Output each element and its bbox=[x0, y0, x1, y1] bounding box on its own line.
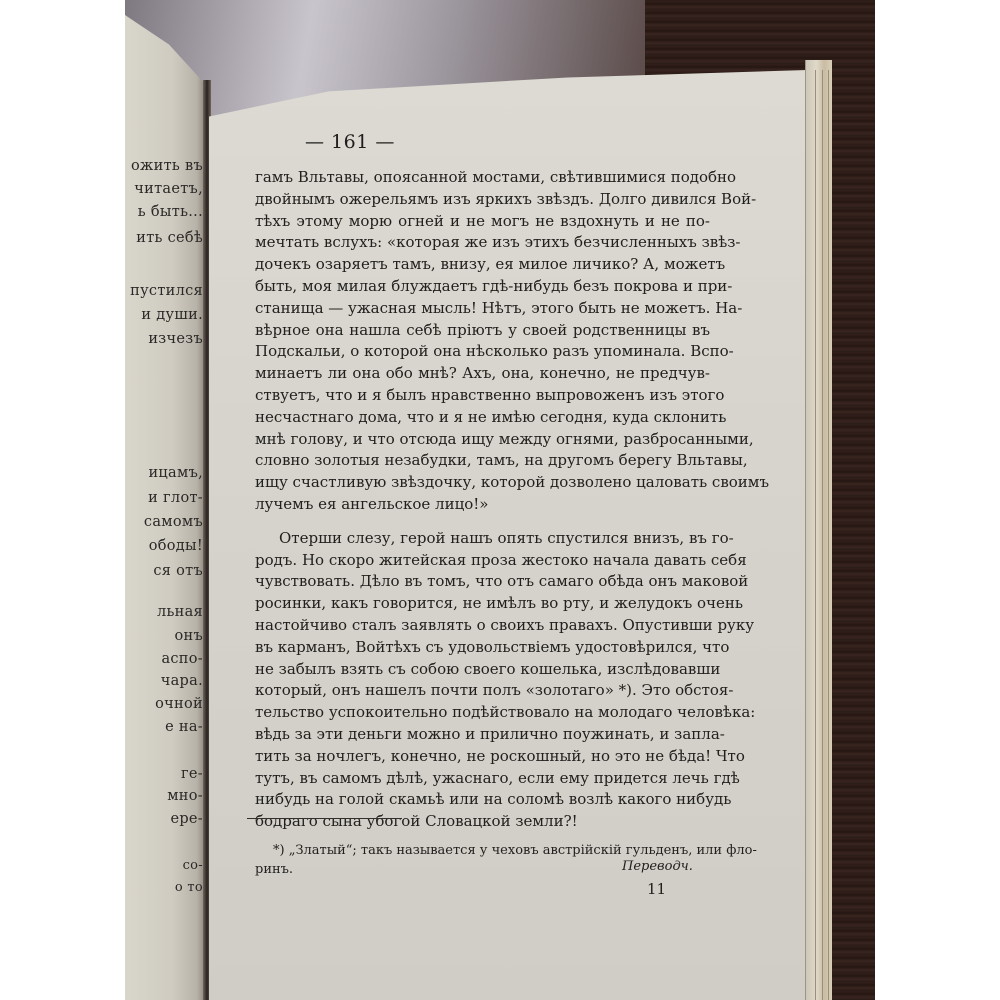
paragraph-2: Отерши слезу, герой нашъ опять спустился… bbox=[255, 528, 710, 833]
footnote-line: *) „Златый“; такъ называется у чеховъ ав… bbox=[255, 841, 720, 860]
left-page-fragment: читаетъ, bbox=[125, 181, 203, 197]
left-page-fragment: очной bbox=[125, 696, 203, 712]
page-edge-line bbox=[828, 70, 829, 1000]
left-page-fragment: е на- bbox=[125, 719, 203, 735]
text-line: минаетъ ли она обо мнѣ? Ахъ, она, конечн… bbox=[255, 363, 710, 385]
text-line: чувствовать. Дѣло въ томъ, что отъ самаг… bbox=[255, 571, 710, 593]
text-line: тельство успокоительно подѣйствовало на … bbox=[255, 702, 710, 724]
left-page-fragment: ожить въ bbox=[125, 158, 203, 174]
text-line: бодраго сына убогой Словацкой земли?! bbox=[255, 811, 710, 833]
text-line: гамъ Вльтавы, опоясанной мостами, свѣтив… bbox=[255, 167, 710, 189]
text-line: нибудь на голой скамьѣ или на соломѣ воз… bbox=[255, 789, 710, 811]
left-page-fragment: онъ bbox=[125, 628, 203, 644]
text-line: настойчиво сталъ заявлять о своихъ права… bbox=[255, 615, 710, 637]
page-edge-line bbox=[815, 70, 816, 1000]
text-line: несчастнаго дома, что и я не имѣю сегодн… bbox=[255, 407, 710, 429]
left-page-fragment: о то bbox=[125, 880, 203, 895]
body-text: гамъ Вльтавы, опоясанной мостами, свѣтив… bbox=[255, 167, 710, 833]
left-page-fragment: ицамъ, bbox=[125, 465, 203, 481]
text-line: Подскальи, о которой она нѣсколько разъ … bbox=[255, 341, 710, 363]
left-page-fragment: самомъ bbox=[125, 514, 203, 530]
text-line: словно золотыя незабудки, тамъ, на друго… bbox=[255, 450, 710, 472]
text-line: вѣдь за эти деньги можно и прилично поуж… bbox=[255, 724, 710, 746]
text-line: мнѣ голову, и что отсюда ищу между огням… bbox=[255, 429, 710, 451]
text-line: тутъ, въ самомъ дѣлѣ, ужаснаго, если ему… bbox=[255, 768, 710, 790]
left-page-fragment: чара. bbox=[125, 673, 203, 689]
text-line: вѣрное она нашла себѣ пріютъ у своей род… bbox=[255, 320, 710, 342]
text-line: росинки, какъ говорится, не имѣлъ во рту… bbox=[255, 593, 710, 615]
text-line: двойнымъ ожерельямъ изъ яркихъ звѣздъ. Д… bbox=[255, 189, 710, 211]
left-page-fragment: ободы! bbox=[125, 538, 203, 554]
text-line: дочекъ озаряетъ тамъ, внизу, ея милое ли… bbox=[255, 254, 710, 276]
text-line: не забылъ взять съ собою своего кошелька… bbox=[255, 659, 710, 681]
text-line: ищу счастливую звѣздочку, которой дозвол… bbox=[255, 472, 710, 494]
left-page-fragment: ере- bbox=[125, 811, 203, 827]
left-page-fragment: ге- bbox=[125, 766, 203, 782]
left-page-fragment: и глот- bbox=[125, 490, 203, 506]
signature-mark: 11 bbox=[647, 880, 666, 898]
left-page-fragment: аспо- bbox=[125, 651, 203, 667]
text-line: мечтать вслухъ: «которая же изъ этихъ бе… bbox=[255, 232, 710, 254]
left-page-fragment: изчезъ bbox=[125, 331, 203, 347]
page-edge-line bbox=[822, 70, 823, 1000]
left-page-fragment: льная bbox=[125, 604, 203, 620]
left-page-fragment: пустился bbox=[125, 283, 203, 299]
text-line: станища — ужасная мысль! Нѣтъ, этого быт… bbox=[255, 298, 710, 320]
footnote-rule bbox=[247, 818, 402, 819]
left-page-fragment: и души. bbox=[125, 307, 203, 323]
text-line: который, онъ нашелъ почти полъ «золотаго… bbox=[255, 680, 710, 702]
text-line: родъ. Но скоро житейская проза жестоко н… bbox=[255, 550, 710, 572]
left-page-fragment: ь быть... bbox=[125, 204, 203, 220]
text-line: ствуетъ, что и я былъ нравственно выпров… bbox=[255, 385, 710, 407]
text-line: тить за ночлегъ, конечно, не роскошный, … bbox=[255, 746, 710, 768]
translator-signature: Переводч. bbox=[622, 859, 693, 874]
page-number: — 161 — bbox=[305, 131, 395, 153]
text-line: тѣхъ этому морю огней и не могъ не вздох… bbox=[255, 211, 710, 233]
left-page-fragment: ить себѣ bbox=[125, 230, 203, 246]
paragraph-1: гамъ Вльтавы, опоясанной мостами, свѣтив… bbox=[255, 167, 710, 516]
text-line: въ карманъ, Войтѣхъ съ удовольствіемъ уд… bbox=[255, 637, 710, 659]
text-line: Отерши слезу, герой нашъ опять спустился… bbox=[255, 528, 710, 550]
left-page-fragment: ся отъ bbox=[125, 563, 203, 579]
left-page-fragment: со- bbox=[125, 858, 203, 873]
text-line: быть, моя милая блуждаетъ гдѣ-нибудь без… bbox=[255, 276, 710, 298]
left-page-fragment: мно- bbox=[125, 788, 203, 804]
text-line: лучемъ ея ангельское лицо!» bbox=[255, 494, 710, 516]
left-page: ожить въ читаетъ, ь быть... ить себѣ пус… bbox=[125, 15, 205, 1000]
